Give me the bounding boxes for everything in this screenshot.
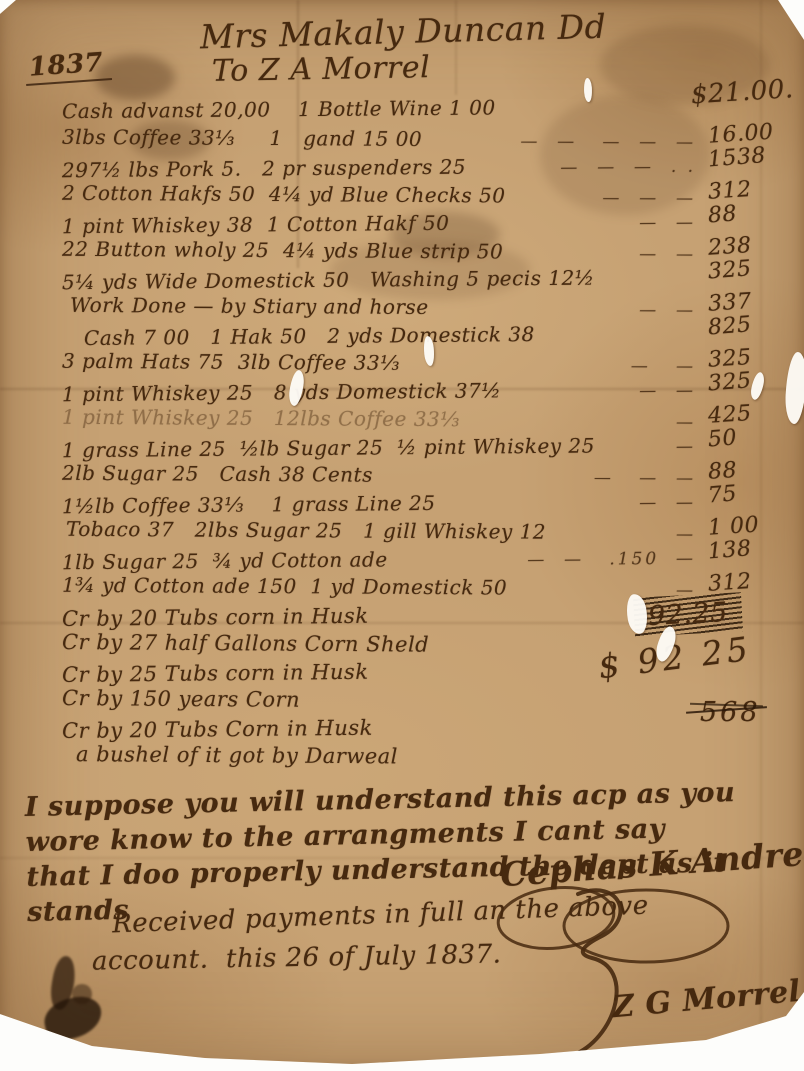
ledger-item: 3 palm Hats 75 3lb Coffee 33⅓ (62, 349, 400, 375)
ledger-amount: 825 (707, 309, 795, 341)
receipt-line: account. this 26 of July 1837. (92, 939, 502, 976)
dash-fill: — (664, 524, 708, 544)
dash-fill: — — (627, 493, 708, 514)
year-label: 1837 (24, 47, 112, 86)
document-subtitle: To Z A Morrel (212, 50, 431, 89)
dash-fill: — (664, 437, 708, 457)
ledger-item: 2 Cotton Hakfs 50 4¼ yd Blue Checks 50 (62, 181, 506, 208)
ledger-amount: 1538 (707, 141, 795, 173)
dash-fill: — — (627, 381, 708, 402)
ledger-row: Cash advanst 20,00 1 Bottle Wine 1 00$21… (62, 89, 794, 123)
ledger-item: 1 pint Whiskey 25 12lbs Coffee 33⅓ (62, 405, 460, 431)
ledger-item: 3lbs Coffee 33⅓ 1 gand 15 00 (62, 125, 422, 151)
ledger-item: Cash advanst 20,00 1 Bottle Wine 1 00 (62, 95, 496, 123)
dash-fill: — — — (590, 188, 708, 209)
ledger-item: Tobaco 37 2lbs Sugar 25 1 gill Whiskey 1… (66, 517, 546, 544)
ink-blot (40, 992, 105, 1043)
dash-fill: — — (627, 244, 708, 264)
dash-fill: — — — (582, 468, 708, 489)
ledger-item: 1 grass Line 25 ½lb Sugar 25 ½ pint Whis… (62, 434, 595, 463)
dash-fill: — — (627, 300, 708, 320)
ledger-item: 1 pint Whiskey 38 1 Cotton Hakf 50 (62, 211, 450, 238)
dash-fill: — — — . . (548, 157, 708, 178)
ledger-item: 1½lb Coffee 33⅓ 1 grass Line 25 (62, 491, 436, 518)
document-title: Mrs Makaly Duncan Dd (200, 7, 607, 57)
credit-figure-struck: 568 (700, 697, 761, 728)
ledger-item: 297½ lbs Pork 5. 2 pr suspenders 25 (62, 155, 466, 183)
ledger-paper: 1837 Mrs Makaly Duncan Dd To Z A Morrel … (0, 0, 804, 1071)
ledger-item: 2lb Sugar 25 Cash 38 Cents (62, 461, 373, 487)
ledger-amount: 88 (707, 197, 795, 229)
ledger-item: 1¾ yd Cotton ade 150 1 yd Domestick 50 (62, 573, 507, 600)
ledger-amount: 312 (707, 566, 794, 596)
dash-fill: — — .150 — (515, 549, 708, 571)
ledger-item: Cash 7 00 1 Hak 50 2 yds Domestick 38 (84, 322, 535, 350)
pen-flourish (478, 876, 804, 1066)
ledger-amount: 50 (707, 421, 795, 453)
dash-fill: — — — — — (508, 131, 708, 152)
credit-total-scribbled: 92.25 (633, 592, 743, 637)
ledger-amount: 75 (707, 477, 795, 509)
ledger-amount: 325 (707, 253, 795, 285)
ledger-amount: 138 (707, 533, 795, 565)
dash-fill: — (664, 412, 708, 432)
ledger-item: 5¼ yds Wide Domestick 50 Washing 5 pecis… (62, 266, 595, 295)
ledger-item: Work Done — by Stiary and horse (70, 293, 429, 319)
credit-row: a bushel of it got by Darweal (62, 742, 622, 774)
scanned-document: 1837 Mrs Makaly Duncan Dd To Z A Morrel … (0, 0, 804, 1071)
credit-entries: Cr by 20 Tubs corn in Husk Cr by 27 half… (62, 604, 622, 772)
ledger-amount: $21.00. (690, 74, 794, 110)
ledger-item: 22 Button wholy 25 4¼ yds Blue strip 50 (62, 237, 503, 264)
dash-fill: — — (619, 356, 708, 377)
ink-blot (72, 984, 92, 1004)
ledger-item: 1lb Sugar 25 ¾ yd Cotton ade (62, 547, 388, 574)
dash-fill: — — (627, 213, 708, 234)
ledger-item: 1 pint Whiskey 25 8 yds Domestick 37½ (62, 378, 501, 406)
